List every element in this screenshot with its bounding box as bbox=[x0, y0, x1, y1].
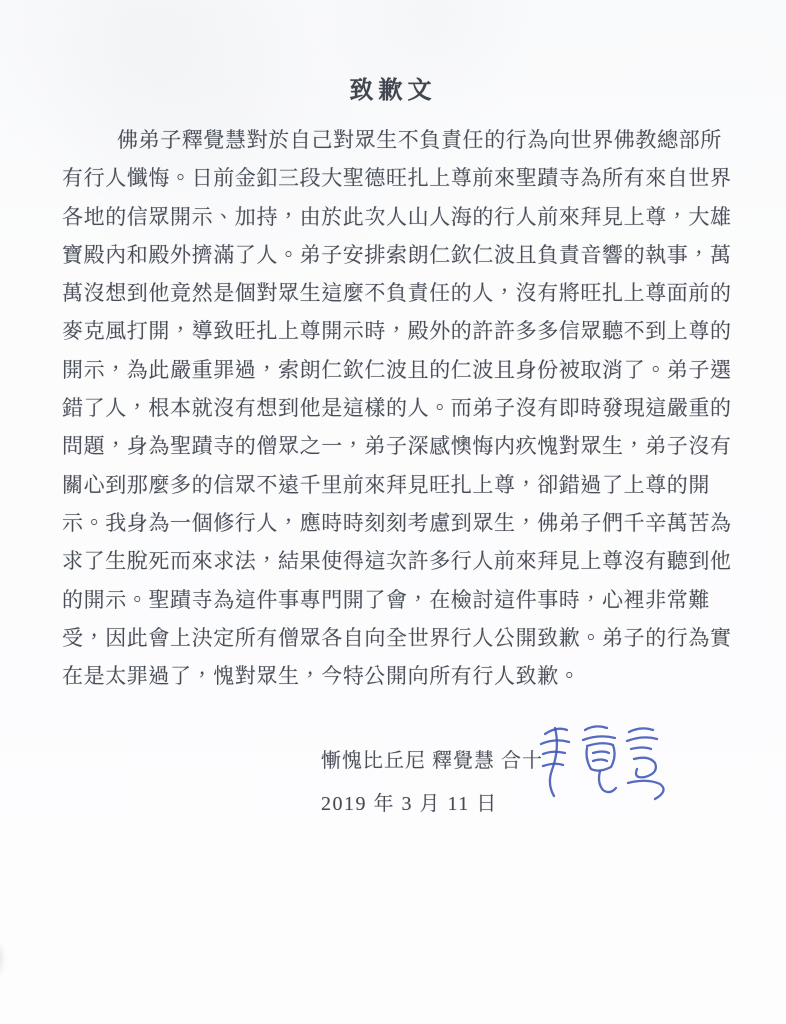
body-line: 有行人懺悔。日前金釦三段大聖德旺扎上尊前來聖蹟寺為所有來自世界 bbox=[62, 159, 730, 197]
body-line: 錯了人，根本就沒有想到他是這樣的人。而弟子沒有即時發現這嚴重的 bbox=[62, 389, 730, 427]
body-line: 示。我身為一個修行人，應時時刻刻考慮到眾生，佛弟子們千辛萬苦為 bbox=[62, 504, 730, 542]
page-title: 致歉文 bbox=[0, 70, 786, 105]
body-line: 佛弟子釋覺慧對於自己對眾生不負責任的行為向世界佛教總部所 bbox=[62, 121, 730, 159]
signature-name-line: 慚愧比丘尼 釋覺慧 合十 bbox=[321, 744, 543, 773]
handwritten-signature-strokes bbox=[541, 726, 664, 799]
handwritten-signature bbox=[533, 720, 673, 808]
body-line: 的開示。聖蹟寺為這件事專門開了會，在檢討這件事時，心裡非常難 bbox=[62, 581, 730, 619]
body-line: 萬沒想到他竟然是個對眾生這麼不負責任的人，沒有將旺扎上尊面前的 bbox=[62, 274, 730, 312]
body-line: 寶殿內和殿外擠滿了人。弟子安排索朗仁欽仁波且負責音響的執事，萬 bbox=[62, 236, 730, 274]
body-line: 求了生脫死而來求法，結果使得這次許多行人前來拜見上尊沒有聽到他 bbox=[62, 542, 730, 580]
body-line: 各地的信眾開示、加持，由於此次人山人海的行人前來拜見上尊，大雄 bbox=[62, 198, 730, 236]
scanned-apology-letter-page: 致歉文 佛弟子釋覺慧對於自己對眾生不負責任的行為向世界佛教總部所 有行人懺悔。日… bbox=[0, 0, 786, 1024]
signature-date-line: 2019 年 3 月 11 日 bbox=[321, 787, 498, 816]
body-line: 在是太罪過了，愧對眾生，今特公開向所有行人致歉。 bbox=[62, 657, 730, 695]
letter-body: 佛弟子釋覺慧對於自己對眾生不負責任的行為向世界佛教總部所 有行人懺悔。日前金釦三… bbox=[62, 121, 730, 695]
scan-edge-smudge bbox=[0, 938, 6, 980]
body-line: 開示，為此嚴重罪過，索朗仁欽仁波且的仁波且身份被取消了。弟子選 bbox=[62, 351, 730, 389]
body-line: 受，因此會上決定所有僧眾各自向全世界行人公開致歉。弟子的行為實 bbox=[62, 619, 730, 657]
body-line: 問題，身為聖蹟寺的僧眾之一，弟子深感懊悔内疚愧對眾生，弟子沒有 bbox=[62, 427, 730, 465]
body-line: 麥克風打開，導致旺扎上尊開示時，殿外的許許多多信眾聽不到上尊的 bbox=[62, 312, 730, 350]
body-line: 關心到那麼多的信眾不遠千里前來拜見旺扎上尊，卻錯過了上尊的開 bbox=[62, 466, 730, 504]
